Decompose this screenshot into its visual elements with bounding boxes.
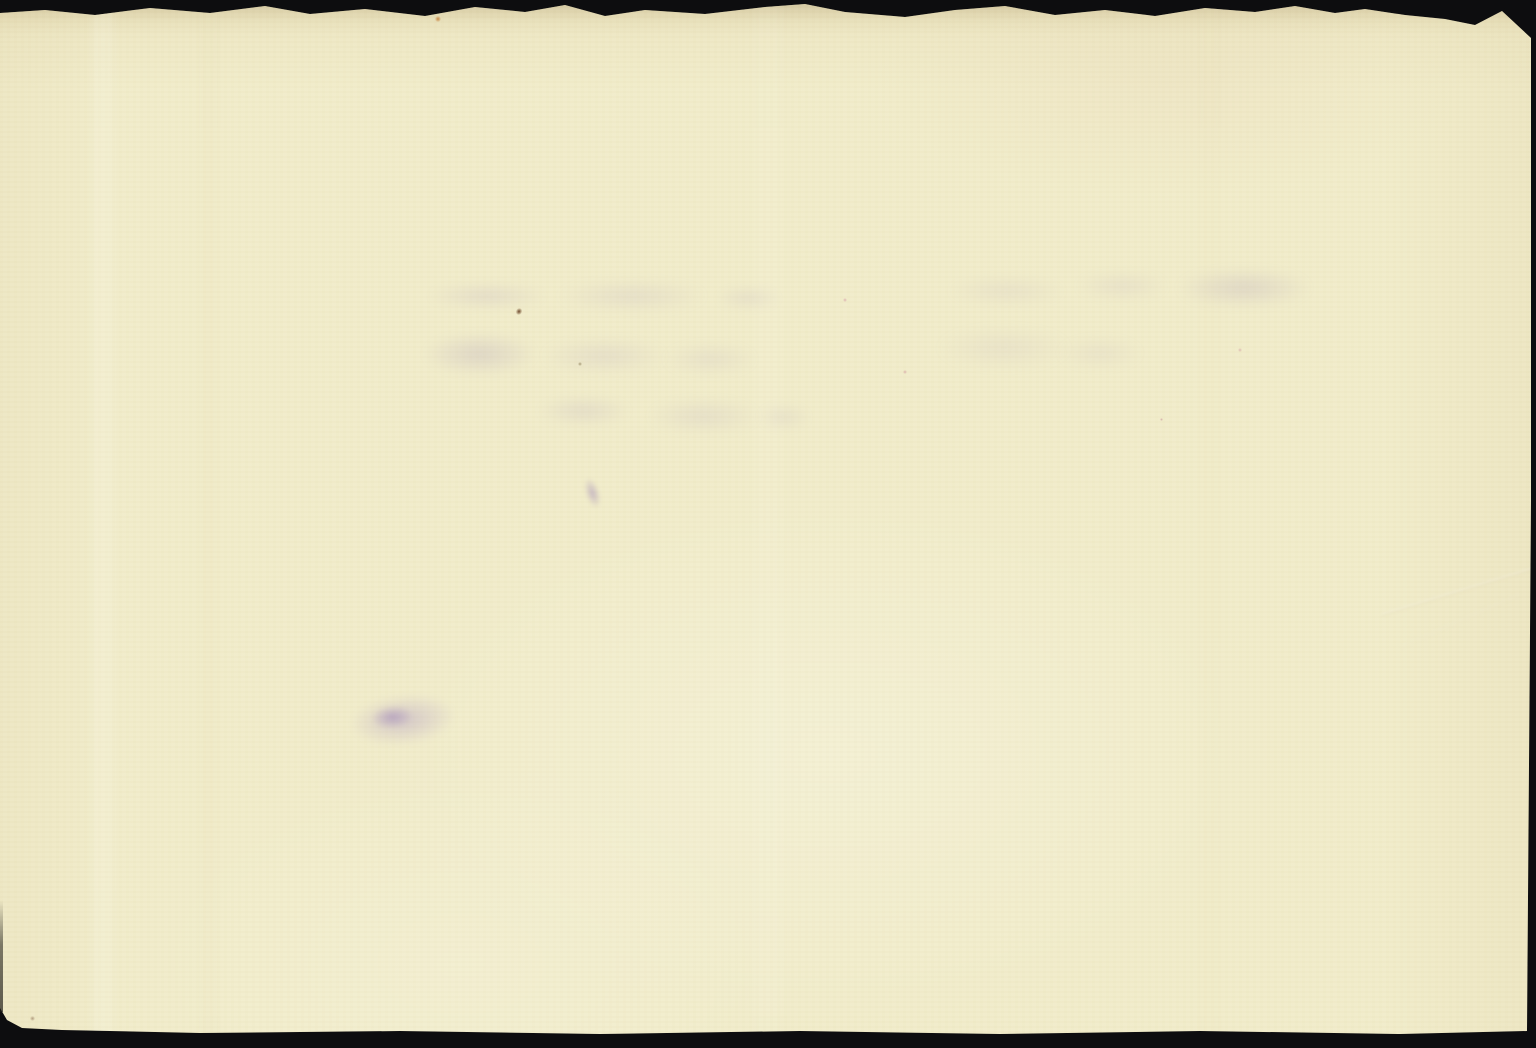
- bleedthrough-text-row1-f: [1178, 270, 1310, 306]
- bleedthrough-text-row2-b: [542, 339, 666, 373]
- speck-tan: [30, 1016, 35, 1021]
- bleedthrough-text-row2-a: [424, 333, 536, 375]
- bleedthrough-text-row2-c: [664, 344, 756, 374]
- bleedthrough-text-row3-a: [538, 396, 630, 426]
- bleedthrough-text-row2-d: [938, 328, 1070, 368]
- bleedthrough-and-smudge-layer: [0, 0, 1536, 1048]
- speck-brown: [515, 307, 524, 316]
- left-edge-shadow: [0, 900, 3, 1012]
- ink-mark: [582, 477, 604, 510]
- bleedthrough-text-row2-e: [1058, 338, 1142, 368]
- speck-pink-4: [1238, 348, 1242, 352]
- speck-pink-2: [903, 370, 907, 374]
- bleedthrough-text-row1-e: [1076, 273, 1168, 299]
- scanner-background: [0, 0, 1536, 1048]
- bleedthrough-text-row1-c: [716, 287, 780, 309]
- bleedthrough-text-row1-d: [948, 277, 1066, 305]
- speck-orange: [435, 16, 441, 22]
- speck-pink-3: [1160, 418, 1163, 421]
- speck-small: [578, 362, 582, 366]
- bleedthrough-text-row3-b: [648, 399, 760, 433]
- bleedthrough-text-row1-b: [558, 281, 706, 311]
- scanned-card-back: [0, 0, 1536, 1048]
- speck-pink-1: [843, 298, 847, 302]
- bleedthrough-text-row3-c: [758, 404, 810, 430]
- bleedthrough-text-row1-a: [428, 283, 546, 309]
